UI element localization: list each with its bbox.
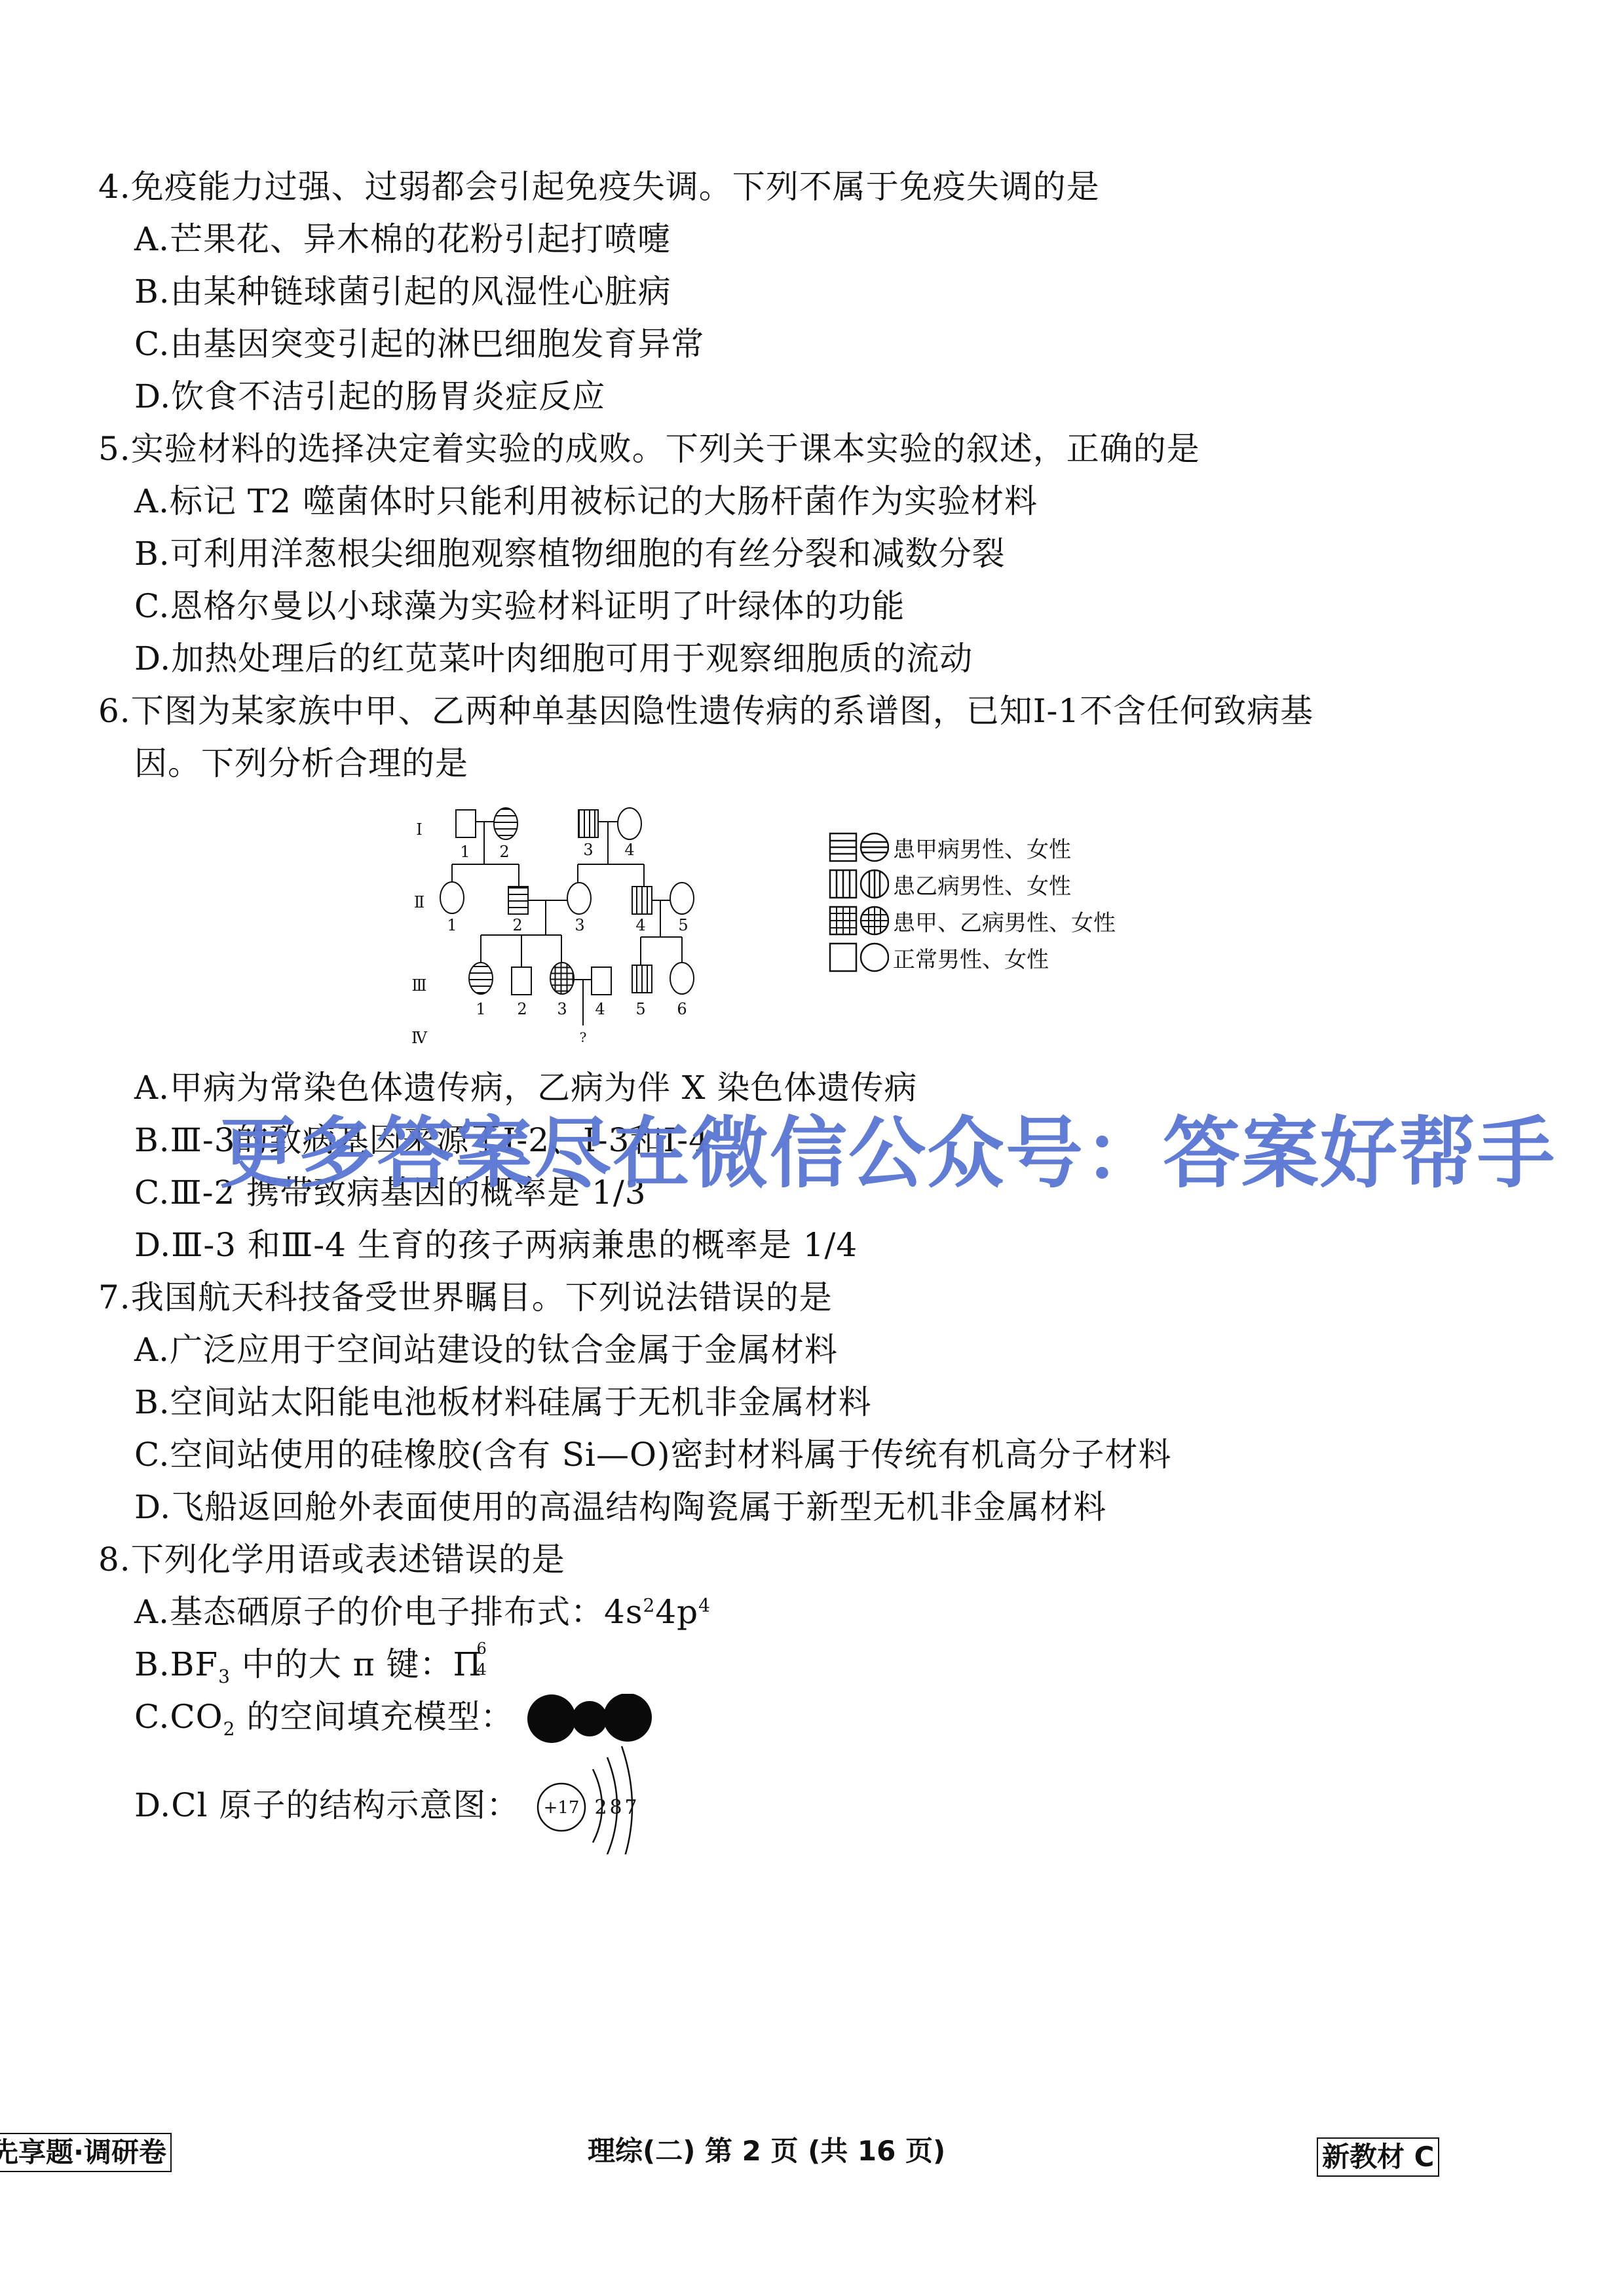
q5-option-a: A.标记 T2 噬菌体时只能利用被标记的大肠杆菌作为实验材料 [134,482,1038,521]
q5-option-b: B.可利用洋葱根尖细胞观察植物细胞的有丝分裂和减数分裂 [134,534,1006,573]
pedigree-legend: 患甲病男性、女性 患乙病男性、女性 [829,829,1116,976]
svg-text:3: 3 [583,841,593,859]
svg-text:5: 5 [635,1000,645,1018]
svg-text:2: 2 [512,916,522,934]
pi-bond-symbol: Π64 [453,1645,482,1684]
hatched-horizontal-symbols-icon [829,831,889,864]
q7-option-a: A.广泛应用于空间站建设的钛合金属于金属材料 [134,1330,838,1369]
q5-stem: 5.实验材料的选择决定着实验的成败。下列关于课本实验的叙述，正确的是 [98,429,1200,469]
q5-option-d: D.加热处理后的红苋菜叶肉细胞可用于观察细胞质的流动 [134,639,973,678]
svg-text:4: 4 [595,1000,605,1018]
q6-stem-line1: 6.下图为某家族中甲、乙两种单基因隐性遗传病的系谱图，已知Ⅰ-1不含任何致病基 [98,691,1313,731]
q4-option-a: A.芒果花、异木棉的花粉引起打喷嚏 [134,220,671,259]
svg-text:1: 1 [476,1000,485,1018]
svg-text:2: 2 [499,843,509,861]
footer-edition-label: 新教材 C [1317,2137,1439,2177]
legend-normal: 正常男性、女性 [829,939,1116,976]
svg-text:4: 4 [624,841,634,859]
legend-both-diseases: 患甲、乙病男性、女性 [829,902,1116,939]
svg-text:2: 2 [594,1796,607,1819]
q6-stem-line2: 因。下列分析合理的是 [134,744,468,783]
svg-text:5: 5 [678,916,688,934]
q8-option-a: A.基态硒原子的价电子排布式：4s24p4 [134,1592,711,1632]
q4-option-c: C.由基因突变引起的淋巴细胞发育异常 [134,324,704,364]
hatched-grid-symbols-icon [829,904,889,937]
svg-text:8: 8 [609,1796,622,1819]
q7-option-c: C.空间站使用的硅橡胶(含有 Si—O)密封材料属于传统有机高分子材料 [134,1435,1172,1474]
svg-text:3: 3 [575,916,584,934]
watermark-banner: 更多答案尽在微信公众号：答案好帮手 [219,1107,1530,1199]
q7-option-d: D.飞船返回舱外表面使用的高温结构陶瓷属于新型无机非金属材料 [134,1487,1106,1527]
footer-series-label: 先享题·调研卷 [0,2133,172,2172]
svg-text:4: 4 [635,916,645,934]
q7-option-b: B.空间站太阳能电池板材料硅属于无机非金属材料 [134,1383,872,1422]
footer-page-number: 理综(二) 第 2 页 (共 16 页) [588,2133,945,2170]
q4-stem: 4.免疫能力过强、过弱都会引起免疫失调。下列不属于免疫失调的是 [98,167,1100,206]
gen-label-4: Ⅳ [411,1029,428,1047]
q5-option-c: C.恩格尔曼以小球藻为实验材料证明了叶绿体的功能 [134,586,905,626]
svg-text:2: 2 [517,1000,527,1018]
svg-text:3: 3 [557,1000,567,1018]
q6-option-a: A.甲病为常染色体遗传病，乙病为伴 X 染色体遗传病 [134,1068,917,1107]
gen-label-2: Ⅱ [414,893,425,911]
q4-option-b: B.由某种链球菌引起的风湿性心脏病 [134,272,671,311]
svg-text:1: 1 [447,916,457,934]
q8-option-c: C.CO2 的空间填充模型： [134,1697,514,1736]
q7-stem: 7.我国航天科技备受世界瞩目。下列说法错误的是 [98,1278,833,1317]
svg-text:1: 1 [460,843,470,861]
q6-option-d: D.Ⅲ-3 和Ⅲ-4 生育的孩子两病兼患的概率是 1/4 [134,1225,858,1265]
hatched-vertical-symbols-icon [829,868,889,900]
q8-option-b: B.BF3 中的大 π 键：Π64 [134,1645,482,1684]
cl-atom-structure-diagram: +17 2 8 7 [527,1743,685,1854]
q4-option-d: D.饮食不洁引起的肠胃炎症反应 [134,377,605,416]
svg-text:6: 6 [677,1000,687,1018]
gen-label-1: Ⅰ [416,820,422,839]
normal-symbols-icon [829,941,889,974]
co2-space-filling-model [524,1694,662,1746]
legend-disease-b: 患乙病男性、女性 [829,866,1116,902]
offspring-unknown: ? [580,1029,587,1045]
svg-text:7: 7 [624,1796,637,1819]
gen-label-3: Ⅲ [411,976,426,995]
q8-stem: 8.下列化学用语或表述错误的是 [98,1540,565,1579]
legend-disease-a: 患甲病男性、女性 [829,829,1116,866]
svg-text:+17: +17 [544,1798,580,1818]
q8-option-d: D.Cl 原子的结构示意图： [134,1786,519,1825]
